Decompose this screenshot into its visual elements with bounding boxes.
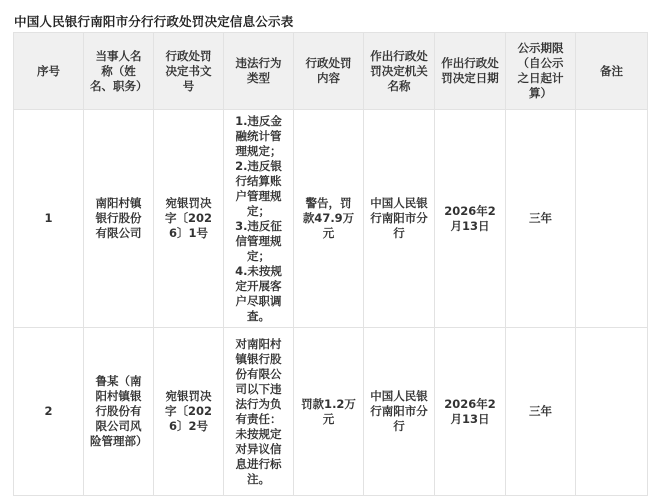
cell-index: 2 [14,328,84,496]
header-violation: 违法行为类型 [224,33,294,110]
cell-penalty: 警告，罚款47.9万元 [294,110,364,328]
cell-violation: 1.违反金融统计管理规定； 2.违反银行结算账户管理规定； 3.违反征信管理规定… [224,110,294,328]
header-index: 序号 [14,33,84,110]
cell-index: 1 [14,110,84,328]
table-row: 1 南阳村镇银行股份有限公司 宛银罚决字〔2026〕1号 1.违反金融统计管理规… [14,110,648,328]
table-row: 2 鲁某（南阳村镇银行股份有限公司风险管理部） 宛银罚决字〔2026〕2号 对南… [14,328,648,496]
header-period: 公示期限（自公示之日起计算） [506,33,576,110]
cell-date: 2026年2月13日 [435,110,506,328]
header-penalty: 行政处罚内容 [294,33,364,110]
header-doc-no: 行政处罚决定书文号 [154,33,224,110]
cell-period: 三年 [506,110,576,328]
header-date: 作出行政处罚决定日期 [435,33,506,110]
cell-authority: 中国人民银行南阳市分行 [364,328,435,496]
cell-remark [576,328,648,496]
cell-doc-no: 宛银罚决字〔2026〕2号 [154,328,224,496]
header-authority: 作出行政处罚决定机关名称 [364,33,435,110]
header-remark: 备注 [576,33,648,110]
cell-violation: 对南阳村镇银行股份有限公司以下违法行为负有责任：未按规定对异议信息进行标注。 [224,328,294,496]
cell-date: 2026年2月13日 [435,328,506,496]
cell-remark [576,110,648,328]
cell-party: 南阳村镇银行股份有限公司 [84,110,154,328]
penalty-table: 序号 当事人名称（姓名、职务） 行政处罚决定书文号 违法行为类型 行政处罚内容 … [13,32,648,496]
header-party: 当事人名称（姓名、职务） [84,33,154,110]
cell-penalty: 罚款1.2万元 [294,328,364,496]
cell-period: 三年 [506,328,576,496]
table-header-row: 序号 当事人名称（姓名、职务） 行政处罚决定书文号 违法行为类型 行政处罚内容 … [14,33,648,110]
cell-doc-no: 宛银罚决字〔2026〕1号 [154,110,224,328]
page-title: 中国人民银行南阳市分行行政处罚决定信息公示表 [14,12,293,30]
cell-party: 鲁某（南阳村镇银行股份有限公司风险管理部） [84,328,154,496]
cell-authority: 中国人民银行南阳市分行 [364,110,435,328]
